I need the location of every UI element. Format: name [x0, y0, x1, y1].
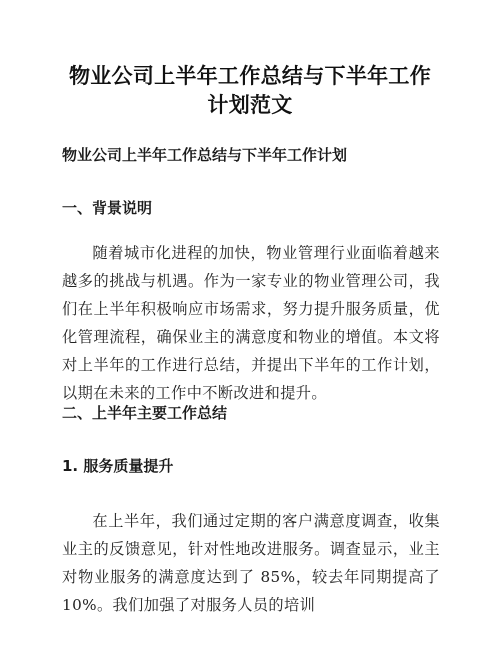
section-heading-background: 一、背景说明	[62, 198, 440, 218]
document-title: 物业公司上半年工作总结与下半年工作计划范文	[62, 62, 438, 120]
section-paragraph-background: 随着城市化进程的加快，物业管理行业面临着越来越多的挑战与机遇。作为一家专业的物业…	[62, 239, 440, 407]
document-page: 物业公司上半年工作总结与下半年工作计划范文 物业公司上半年工作总结与下半年工作计…	[0, 0, 500, 647]
section-heading-summary: 二、上半年主要工作总结	[62, 403, 440, 423]
subsection-heading-service-quality: 1. 服务质量提升	[62, 456, 440, 476]
document-subtitle: 物业公司上半年工作总结与下半年工作计划	[62, 145, 440, 165]
subsection-paragraph-service-quality: 在上半年，我们通过定期的客户满意度调查，收集业主的反馈意见，针对性地改进服务。调…	[62, 507, 440, 619]
